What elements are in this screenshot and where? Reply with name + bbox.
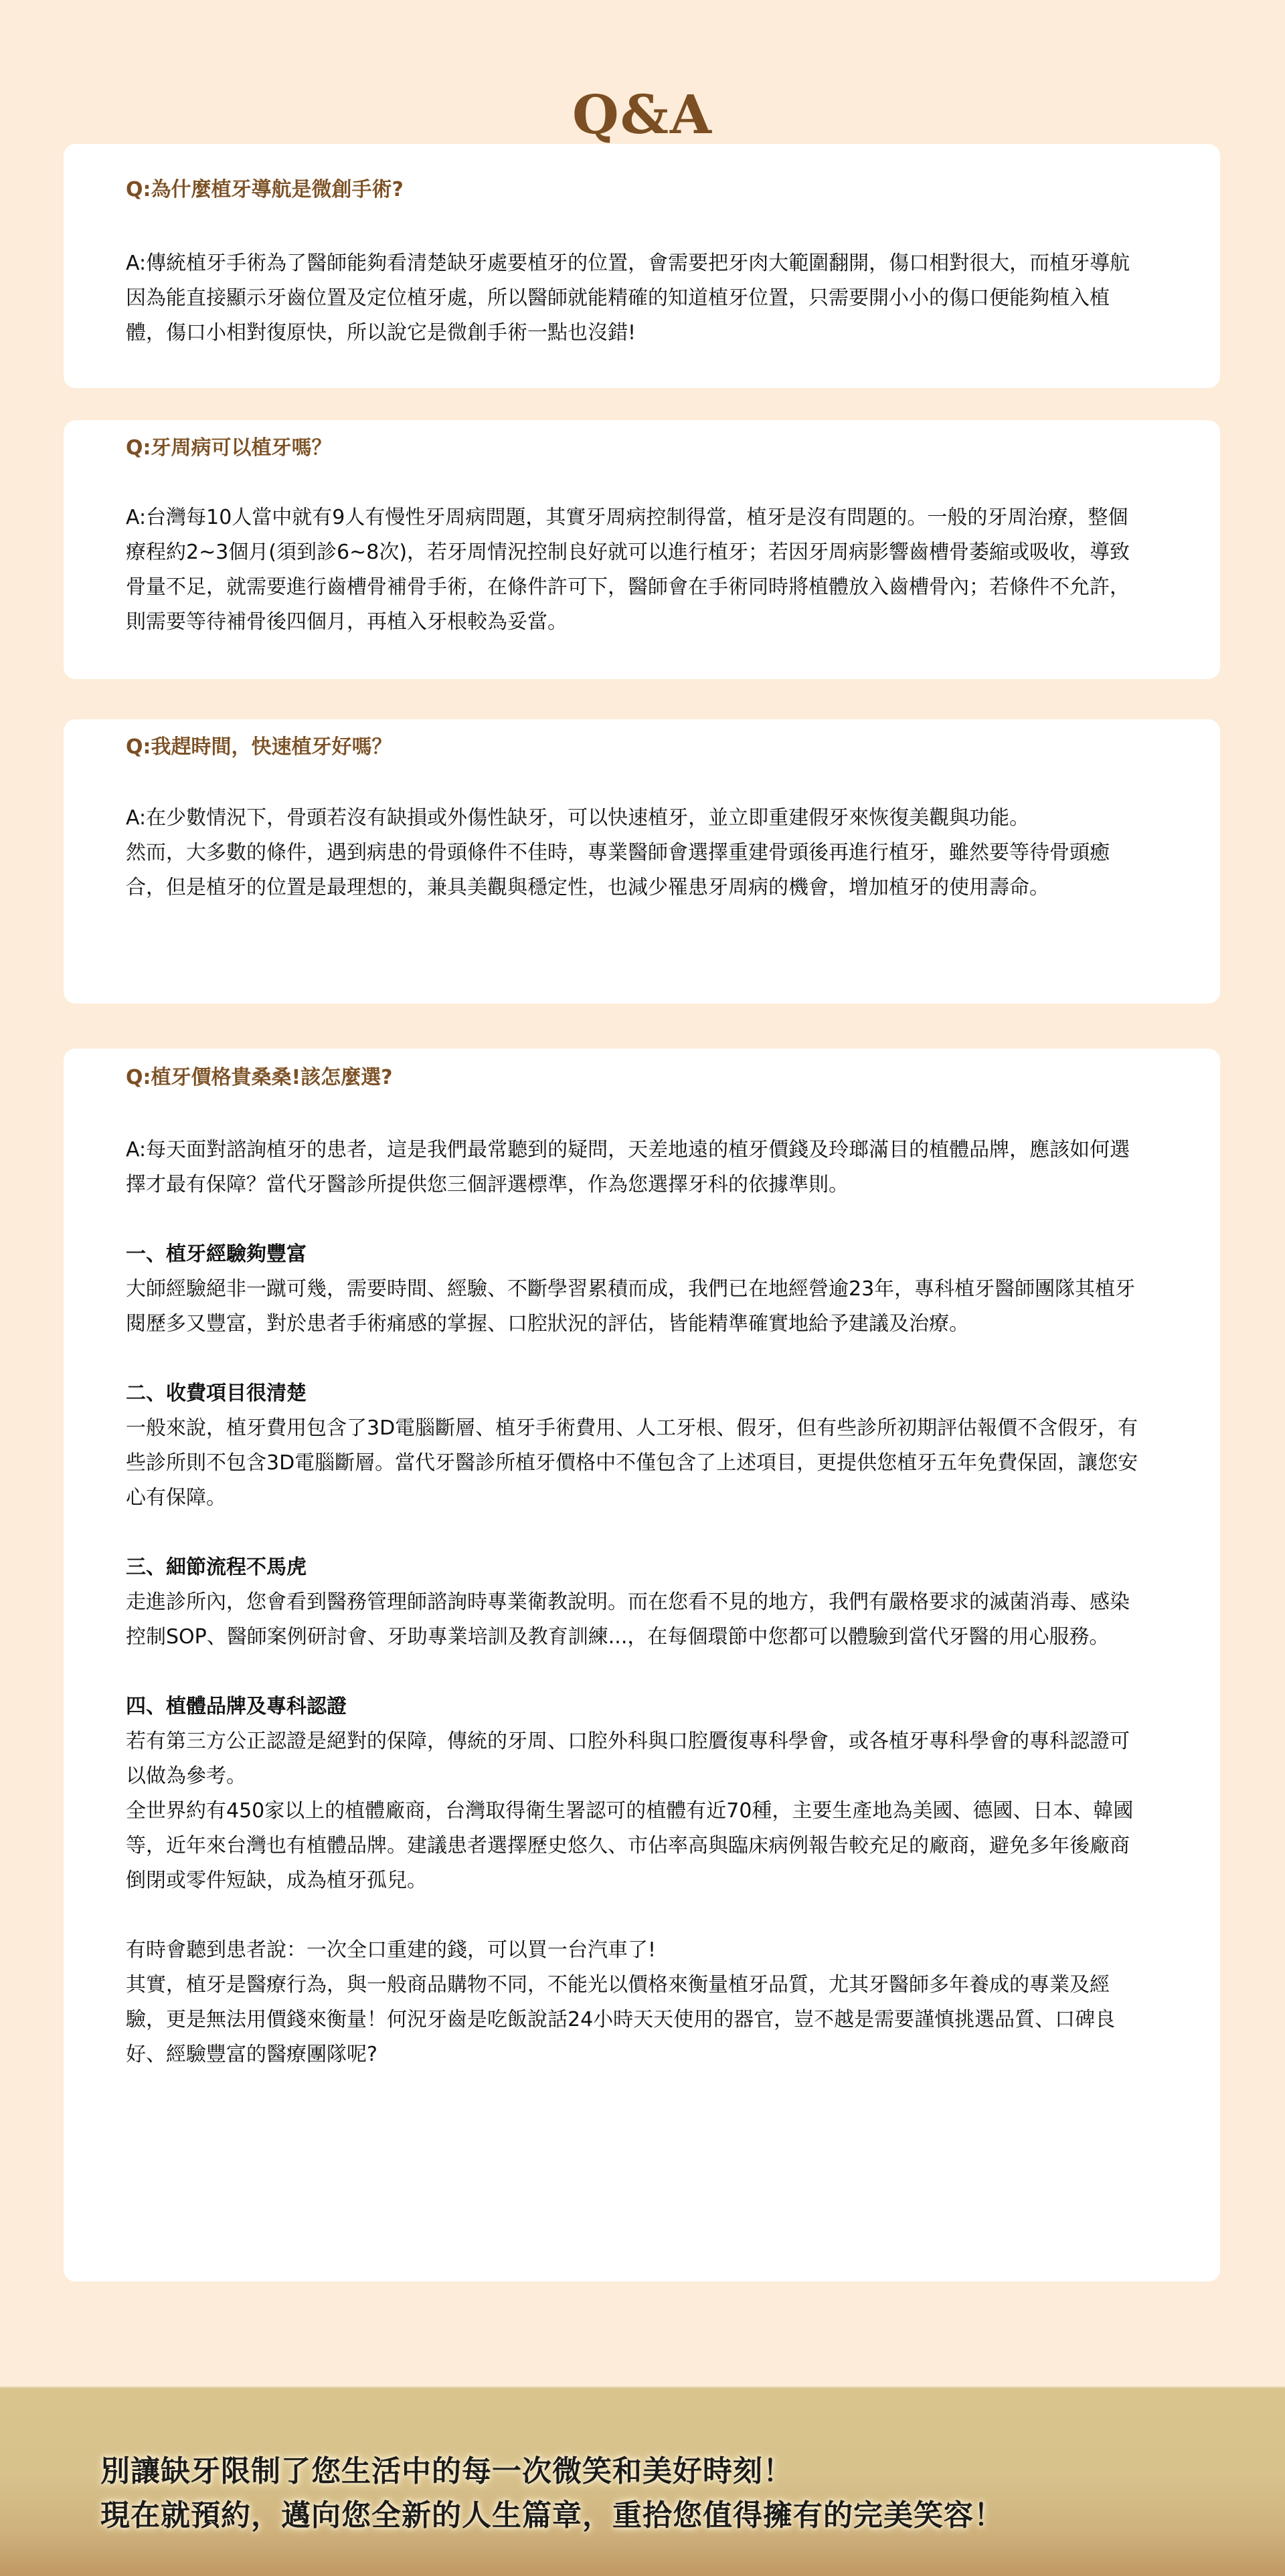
qa-answer-intro: A:每天面對諮詢植牙的患者，這是我們最常聽到的疑問，天差地遠的植牙價錢及玲瑯滿目…	[126, 1133, 1146, 1202]
qa-answer: A:傳統植牙手術為了醫師能夠看清楚缺牙處要植牙的位置，會需要把牙肉大範圍翻開，傷…	[126, 246, 1146, 351]
qa-card-fast-implant: Q:我趕時間，快速植牙好嗎？ A:在少數情況下，骨頭若沒有缺損或外傷性缺牙，可以…	[64, 719, 1220, 1004]
closing-remarks: 有時會聽到患者說：一次全口重建的錢，可以買一台汽車了! 其實，植牙是醫療行為，與…	[126, 1933, 1146, 2072]
qa-answer-paragraph: 然而，大多數的條件，遇到病患的骨頭條件不佳時，專業醫師會選擇重建骨頭後再進行植牙…	[126, 836, 1146, 905]
qa-card-periodontal-disease: Q:牙周病可以植牙嗎？ A:台灣每10人當中就有9人有慢性牙周病問題，其實牙周病…	[64, 420, 1220, 679]
criteria-heading: 四、植體品牌及專科認證	[126, 1689, 1146, 1724]
criteria-heading: 二、收費項目很清楚	[126, 1376, 1146, 1411]
criteria-heading: 一、植牙經驗夠豐富	[126, 1237, 1146, 1272]
criteria-paragraph: 全世界約有450家以上的植體廠商，台灣取得衛生署認可的植體有近70種，主要生產地…	[126, 1794, 1146, 1898]
cta-line-2: 現在就預約，邁向您全新的人生篇章，重拾您值得擁有的完美笑容！	[100, 2498, 1004, 2533]
qa-question: Q:我趕時間，快速植牙好嗎？	[126, 733, 1146, 762]
cta-banner: 別讓缺牙限制了您生活中的每一次微笑和美好時刻！ 現在就預約，邁向您全新的人生篇章…	[0, 2387, 1285, 2576]
qa-card-navigation-surgery: Q:為什麼植牙導航是微創手術? A:傳統植牙手術為了醫師能夠看清楚缺牙處要植牙的…	[64, 144, 1220, 388]
criteria-paragraph: 一般來說，植牙費用包含了3D電腦斷層、植牙手術費用、人工牙根、假牙，但有些診所初…	[126, 1411, 1146, 1515]
qa-question: Q:植牙價格貴桑桑!該怎麼選?	[126, 1063, 1146, 1093]
criteria-section-brand-certification: 四、植體品牌及專科認證 若有第三方公正認證是絕對的保障，傳統的牙周、口腔外科與口…	[126, 1689, 1146, 1898]
closing-paragraph: 其實，植牙是醫療行為，與一般商品購物不同，不能光以價格來衡量植牙品質，尤其牙醫師…	[126, 1968, 1146, 2072]
closing-paragraph: 有時會聽到患者說：一次全口重建的錢，可以買一台汽車了!	[126, 1933, 1146, 1968]
qa-card-implant-price: Q:植牙價格貴桑桑!該怎麼選? A:每天面對諮詢植牙的患者，這是我們最常聽到的疑…	[64, 1048, 1220, 2282]
cta-line-1: 別讓缺牙限制了您生活中的每一次微笑和美好時刻！	[100, 2454, 793, 2488]
criteria-section-fees: 二、收費項目很清楚 一般來說，植牙費用包含了3D電腦斷層、植牙手術費用、人工牙根…	[126, 1376, 1146, 1515]
criteria-paragraph: 大師經驗絕非一蹴可幾，需要時間、經驗、不斷學習累積而成，我們已在地經營逾23年，…	[126, 1272, 1146, 1342]
criteria-paragraph: 走進診所內，您會看到醫務管理師諮詢時專業衛教說明。而在您看不見的地方，我們有嚴格…	[126, 1585, 1146, 1655]
cta-text: 別讓缺牙限制了您生活中的每一次微笑和美好時刻！ 現在就預約，邁向您全新的人生篇章…	[100, 2450, 1004, 2538]
page-title: Q&A	[0, 78, 1285, 151]
criteria-heading: 三、細節流程不馬虎	[126, 1550, 1146, 1585]
criteria-section-experience: 一、植牙經驗夠豐富 大師經驗絕非一蹴可幾，需要時間、經驗、不斷學習累積而成，我們…	[126, 1237, 1146, 1342]
qa-answer-paragraph: A:在少數情況下，骨頭若沒有缺損或外傷性缺牙，可以快速植牙，並立即重建假牙來恢復…	[126, 801, 1146, 836]
qa-question: Q:牙周病可以植牙嗎？	[126, 434, 1146, 463]
criteria-paragraph: 若有第三方公正認證是絕對的保障，傳統的牙周、口腔外科與口腔贗復專科學會，或各植牙…	[126, 1724, 1146, 1794]
qa-answer: A:台灣每10人當中就有9人有慢性牙周病問題，其實牙周病控制得當，植牙是沒有問題…	[126, 500, 1146, 640]
criteria-section-process: 三、細節流程不馬虎 走進診所內，您會看到醫務管理師諮詢時專業衛教說明。而在您看不…	[126, 1550, 1146, 1655]
qa-question: Q:為什麼植牙導航是微創手術?	[126, 175, 1146, 205]
